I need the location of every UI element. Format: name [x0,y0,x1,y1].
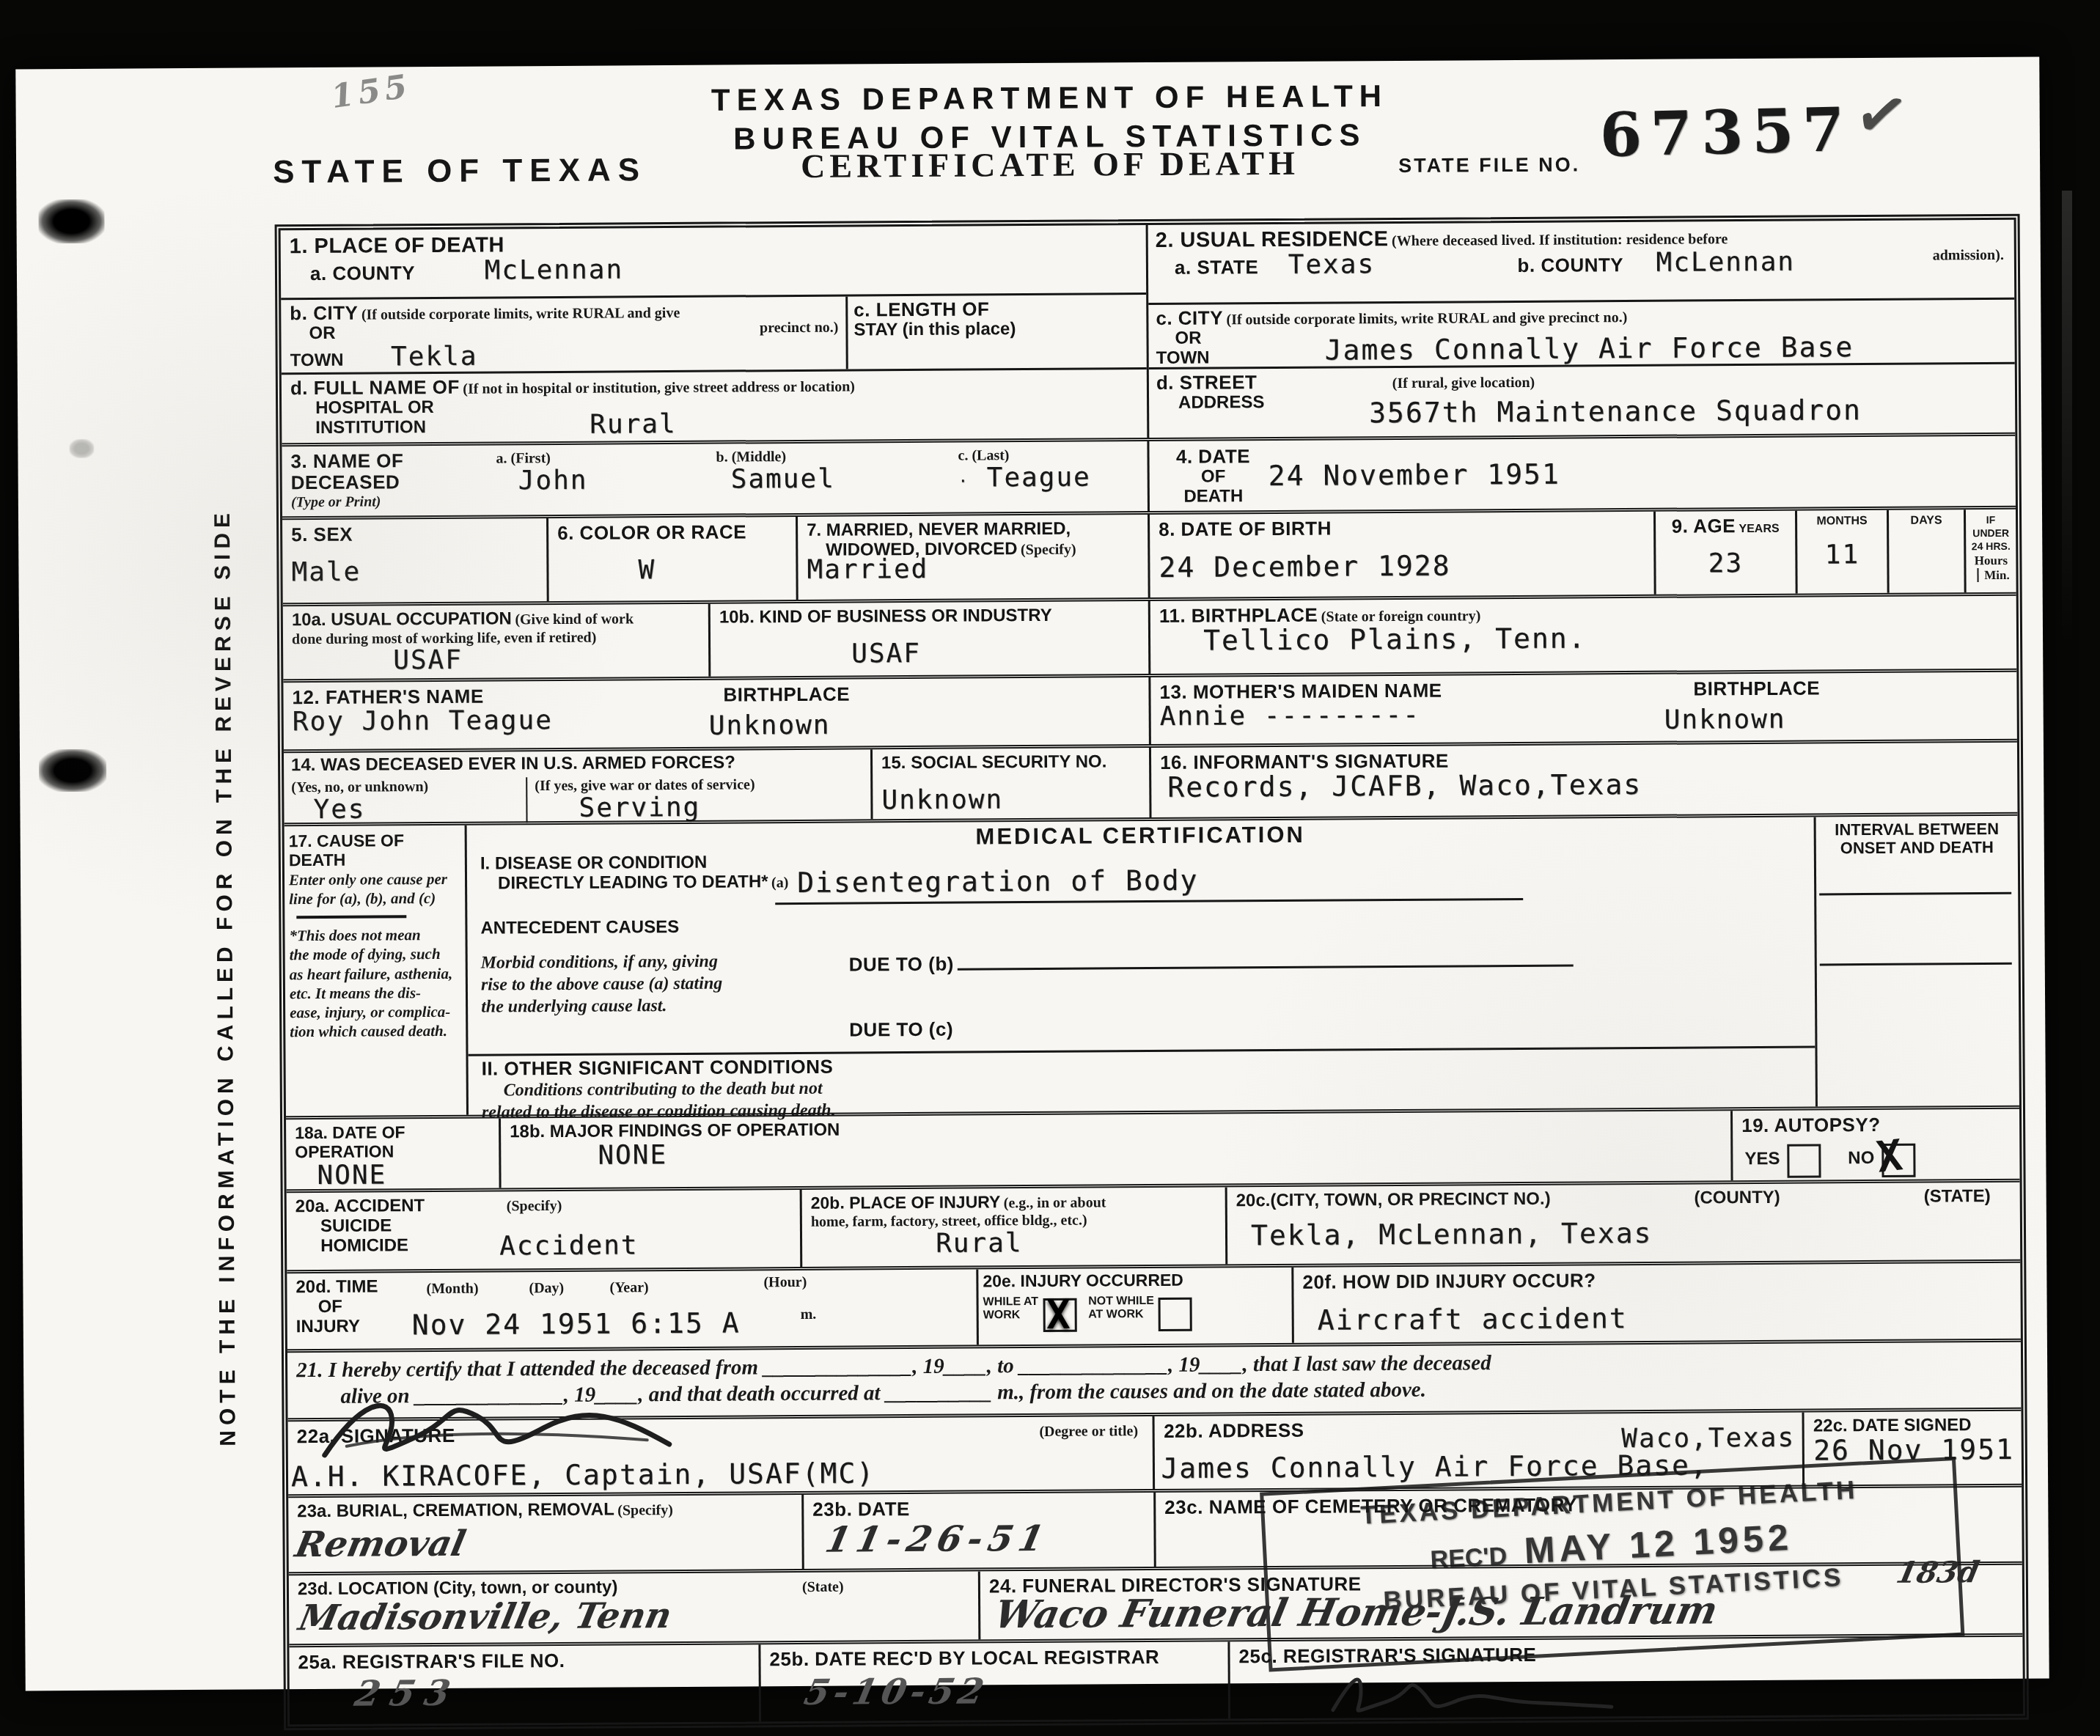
section-22a-signature: 22a. SIGNATURE (Degree or title) A.H. KI… [288,1416,1153,1494]
s20a-label3: HOMICIDE [320,1235,408,1256]
s1-title: 1. PLACE OF DEATH [290,233,504,258]
row-accident: 20a. ACCIDENT (Specify) SUICIDE HOMICIDE… [287,1179,2021,1270]
s23d-state-label: (State) [802,1578,844,1596]
s9-min-label: Min. [1977,568,2010,582]
s2c-city-value: James Connally Air Force Base [1325,333,1854,365]
s2d-label2: ADDRESS [1178,392,1265,413]
s12-father-value: Roy John Teague [293,705,553,737]
s25a-value: 253 [352,1676,463,1712]
other-significant-label: II. OTHER SIGNIFICANT CONDITIONS [482,1056,834,1080]
s20c-county-label: (COUNTY) [1694,1188,1780,1209]
certificate-paper: 155 TEXAS DEPARTMENT OF HEALTH BUREAU OF… [15,57,2049,1691]
s20e-while-label: WHILE ATWORK [983,1295,1039,1322]
s3-title2: DECEASED [291,471,400,493]
s1d-label3: INSTITUTION [315,417,426,438]
state-of-texas-heading: STATE OF TEXAS [273,152,647,191]
s1b-label: b. CITY [290,302,358,325]
s4-label3: DEATH [1183,486,1243,506]
s16-informant-value: Records, JCAFB, Waco,Texas [1167,768,1642,803]
s6-label: 6. COLOR OR RACE [557,521,746,544]
section-20e-injury-occurred: 20e. INJURY OCCURRED WHILE ATWORK X NOT … [976,1268,1292,1345]
s25b-label: 25b. DATE REC'D BY LOCAL REGISTRAR [769,1646,1159,1670]
autopsy-no-checkbox: X [1882,1144,1916,1177]
s20d-label1: 20d. TIME [295,1276,378,1297]
smudge [69,439,94,458]
row-certification-statement: 21. I hereby certify that I attended the… [287,1339,2022,1418]
row-registrar: 25a. REGISTRAR'S FILE NO. 253 25b. DATE … [289,1633,2023,1724]
s14-forces-value: Yes [313,794,365,824]
s3-title3: (Type or Print) [291,494,381,511]
s20f-value: Aircraft accident [1318,1302,1628,1336]
ink-blot [39,749,106,792]
s17-footnote: *This does not meanthe mode of dying, su… [289,926,452,1040]
s3a-first-value: John [518,466,588,496]
s12-father-birthplace-value: Unknown [709,712,831,740]
section-20d-time-of-injury: 20d. TIME (Month) (Day) (Year) (Hour) OF… [287,1269,977,1349]
s9-months-label: MONTHS [1816,515,1867,527]
s22b-label: 22b. ADDRESS [1164,1419,1304,1442]
s7-label: 7. MARRIED, NEVER MARRIED, [807,519,1071,540]
s23a-paren: (Specify) [617,1502,673,1518]
s24-note: 183d [1893,1558,1981,1588]
scan-edge-streak [2062,191,2072,645]
s20b-label: 20b. PLACE OF INJURY [811,1192,1001,1213]
s2c-label: c. CITY [1156,306,1223,329]
s23b-label: 23b. DATE [812,1498,910,1520]
s2c-or: OR [1175,328,1201,348]
s3c-label: c. (Last) [958,447,1009,463]
section-24-funeral-director: 24. FUNERAL DIRECTOR'S SIGNATURE 183d Wa… [978,1565,2023,1640]
interval-line-2 [1820,963,2012,966]
s20d-day: (Day) [529,1279,564,1297]
medical-certification-title: MEDICAL CERTIFICATION [467,818,1814,853]
s1a-label: a. COUNTY [310,262,415,285]
row-time-of-injury: 20d. TIME (Month) (Day) (Year) (Hour) OF… [287,1259,2021,1349]
s22a-value: A.H. KIRACOFE, Captain, USAF(MC) [291,1459,875,1492]
section-22b-address: 22b. ADDRESS Waco,Texas James Connally A… [1153,1413,1802,1489]
row-place-residence: 1. PLACE OF DEATH a. COUNTY McLennan b. … [281,220,2016,443]
s15-label: 15. SOCIAL SECURITY NO. [881,751,1106,773]
s3b-label: b. (Middle) [716,449,786,466]
s19-label: 19. AUTOPSY? [1741,1114,1881,1136]
s13-birthplace-label: BIRTHPLACE [1693,677,1820,699]
s23c-label: 23c. NAME OF CEMETERY OR CREMATORY [1164,1493,1577,1518]
s20e-label: 20e. INJURY OCCURRED [983,1270,1183,1291]
s14-service-value: Serving [579,792,700,823]
s22a-degree-label: (Degree or title) [1039,1422,1138,1441]
s23a-label: 23a. BURIAL, CREMATION, REMOVAL [297,1499,614,1521]
s1d-paren: (If not in hospital or institution, give… [463,378,855,397]
s4-label2: OF [1201,467,1225,487]
s4-date-of-death-value: 24 November 1951 [1269,460,1560,490]
s8-dob-value: 24 December 1928 [1159,550,1450,584]
s1b-paren: (If outside corporate limits, write RURA… [361,305,680,323]
s22b-value: James Connally Air Force Base, [1161,1451,1708,1483]
s1d-institution-value: Rural [590,411,677,439]
s9-years-value: 23 [1708,548,1744,578]
med-p1-label2: DIRECTLY LEADING TO DEATH* [498,872,768,893]
section-18b-major-findings: 18b. MAJOR FINDINGS OF OPERATION NONE [499,1111,1731,1188]
s22c-value: 26 Nov 1951 [1813,1433,2014,1467]
section-20b-place-of-injury: 20b. PLACE OF INJURY (e.g., in or about … [800,1187,1226,1267]
medical-certification-body: MEDICAL CERTIFICATION I. DISEASE OR COND… [465,817,1816,1114]
section-15-ssn: 15. SOCIAL SECURITY NO. Unknown [870,748,1150,819]
s2d-paren: (If rural, give location) [1392,375,1535,391]
s20a-value: Accident [499,1232,639,1260]
s20d-label2: OF [318,1297,342,1317]
s1b-town: TOWN [290,350,344,370]
s20c-state-label: (STATE) [1924,1187,1991,1207]
s18a-label: 18a. DATE OF OPERATION [295,1122,405,1161]
section-23a-burial: 23a. BURIAL, CREMATION, REMOVAL (Specify… [288,1495,802,1572]
row-location-director: 23d. LOCATION (City, town, or county) (S… [289,1562,2023,1644]
s2b-label: b. COUNTY [1517,254,1623,277]
s17-note2: line for (a), (b), and (c) [289,889,436,908]
row-physician: 22a. SIGNATURE (Degree or title) A.H. KI… [288,1408,2022,1494]
s20d-value: Nov 24 1951 6:15 A [412,1309,741,1340]
s4-label1: 4. DATE [1176,445,1250,468]
section-25a-file-no: 25a. REGISTRAR'S FILE NO. 253 [289,1644,759,1724]
s7-marital-value: Married [807,556,928,584]
s2a-label: a. STATE [1175,257,1258,279]
row-parents: 12. FATHER'S NAME BIRTHPLACE Roy John Te… [283,669,2017,749]
s3c-last-value: Teague [987,463,1091,493]
section-23b-date: 23b. DATE 11-26-51 [801,1493,1154,1569]
s20d-m-label: m. [801,1306,817,1323]
s3-title: 3. NAME OF [290,449,403,472]
section-17-cause-of-death: 17. CAUSE OF DEATH Enter only one cause … [284,825,466,1116]
interval-column: INTERVAL BETWEENONSET AND DEATH [1814,816,2019,1107]
s20d-hour: (Hour) [763,1273,807,1291]
s9-years-label: YEARS [1739,523,1779,535]
section-7-marital-status: 7. MARRIED, NEVER MARRIED, WIDOWED, DIVO… [796,515,1148,600]
ink-blot [38,199,104,244]
s18b-label: 18b. MAJOR FINDINGS OF OPERATION [510,1120,840,1142]
s2d-street-value: 3567th Maintenance Squadron [1369,396,1862,428]
autopsy-yes-checkbox [1788,1144,1821,1177]
s2-title: 2. USUAL RESIDENCE [1156,227,1389,252]
interval-line-1 [1819,892,2011,896]
state-file-number-value: 67357 [1599,95,1854,171]
state-file-number: 67357✓ [1599,90,1907,172]
s20c-label: 20c.(CITY, TOWN, OR PRECINCT NO.) [1236,1190,1551,1211]
s19-no-label: NO [1848,1148,1874,1168]
s17-note1: Enter only one cause per [289,869,447,888]
section-6-color-race: 6. COLOR OR RACE W [546,517,796,601]
s3b-middle-value: Samuel [731,464,835,495]
section-14-armed-forces: 14. WAS DECEASED EVER IN U.S. ARMED FORC… [284,749,871,823]
s20a-paren: (Specify) [507,1197,562,1215]
row-burial: 23a. BURIAL, CREMATION, REMOVAL (Specify… [288,1484,2022,1572]
s1b-city-value: Tekla [391,342,478,372]
s25b-value: 5-10-52 [801,1674,991,1710]
s1b-or: OR [309,323,335,343]
s10b-industry-value: USAF [851,639,921,669]
s23b-value: 11-26-51 [823,1521,1053,1558]
med-p1-a: (a) [771,875,788,891]
med-p1-label: I. DISEASE OR CONDITION [480,853,708,874]
s2c-paren: (If outside corporate limits, write RURA… [1226,309,1627,328]
s6-race-value: W [638,555,656,585]
s3a-label: a. (First) [496,450,551,466]
s17-label: 17. CAUSE OF DEATH [289,831,404,869]
section-16-informant: 16. INFORMANT'S SIGNATURE Records, JCAFB… [1149,743,2018,817]
s20c-value: Tekla, McLennan, Texas [1251,1219,1653,1251]
certificate-title: CERTIFICATE OF DEATH [713,143,1387,186]
s2-title-paren: (Where deceased lived. If institution: r… [1392,231,1728,249]
s13-mother-value: Annie --------- [1160,700,1420,732]
section-4-date-of-death: 4. DATE OF DEATH 24 November 1951 [1147,436,2016,511]
s1b-paren2: precinct no.) [760,319,839,337]
s20f-label: 20f. HOW DID INJURY OCCUR? [1302,1269,1596,1292]
s2c-town: TOWN [1156,347,1210,367]
s20a-label1: 20a. ACCIDENT [295,1196,425,1216]
s8-label: 8. DATE OF BIRTH [1159,517,1332,540]
section-25c-registrar-signature: 25c. REGISTRAR'S SIGNATURE H Cheek [1227,1637,2023,1719]
row-name-date: 3. NAME OF DECEASED (Type or Print) a. (… [282,433,2016,516]
s10b-label: 10b. KIND OF BUSINESS OR INDUSTRY [719,606,1052,628]
s14-paren1: (Yes, no, or unknown) [291,779,428,795]
section-1-place-of-death: 1. PLACE OF DEATH a. COUNTY McLennan b. … [281,225,1148,443]
penciled-number: 155 [328,67,414,116]
section-11-birthplace: 11. BIRTHPLACE (State or foreign country… [1148,596,2017,674]
row-forces-ssn-informant: 14. WAS DECEASED EVER IN U.S. ARMED FORC… [284,739,2018,823]
state-file-checkmark: ✓ [1849,73,1914,156]
section-23d-location: 23d. LOCATION (City, town, or county) (S… [289,1571,979,1644]
section-19-autopsy: 19. AUTOPSY? YES NO X [1730,1109,2020,1180]
section-13-mother: 13. MOTHER'S MAIDEN NAME BIRTHPLACE Anni… [1148,672,2017,744]
cause-of-death-value: Disentegration of Body [797,867,1199,898]
s25a-label: 25a. REGISTRAR'S FILE NO. [298,1649,565,1673]
s20b-paren2: home, farm, factory, street, office bldg… [811,1213,1087,1230]
s24-value: Waco Funeral Home-J.S. Landrum [991,1592,1721,1634]
due-to-b-blank [957,944,1573,970]
s14-label: 14. WAS DECEASED EVER IN U.S. ARMED FORC… [291,752,735,775]
s1d-label: d. FULL NAME OF [290,376,460,399]
s9-days-label: DAYS [1911,514,1942,526]
section-3-name-of-deceased: 3. NAME OF DECEASED (Type or Print) a. (… [282,441,1148,516]
section-20a-accident: 20a. ACCIDENT (Specify) SUICIDE HOMICIDE… [287,1190,801,1270]
interval-label: INTERVAL BETWEENONSET AND DEATH [1835,820,1999,857]
while-at-work-mark: X [1046,1291,1071,1337]
s14-paren2: (If yes, give war or dates of service) [535,776,755,794]
s9-months-value: 11 [1825,540,1860,570]
antecedent-note: Morbid conditions, if any, givingrise to… [481,952,723,1016]
s23a-value: Removal [293,1526,469,1562]
section-9-age: 9. AGE YEARS 23 MONTHS 11 DAYS IF UNDER … [1653,510,2016,595]
s5-sex-value: Male [291,557,361,588]
s20a-label2: SUICIDE [320,1215,392,1236]
row-sex-race-birth: 5. SEX Male 6. COLOR OR RACE W 7. MARRIE… [282,506,2016,603]
s20b-value: Rural [936,1228,1023,1259]
section-12-father: 12. FATHER'S NAME BIRTHPLACE Roy John Te… [283,677,1149,749]
scanned-death-certificate: 155 TEXAS DEPARTMENT OF HEALTH BUREAU OF… [0,0,2100,1736]
section-20f-how-injury: 20f. HOW DID INJURY OCCUR? Aircraft acci… [1291,1263,2021,1343]
section-18a-date-of-operation: 18a. DATE OF OPERATION NONE [286,1118,499,1189]
s18a-value: NONE [317,1160,386,1191]
row-operation-autopsy: 18a. DATE OF OPERATION NONE 18b. MAJOR F… [286,1106,2020,1189]
s10a-paren: (Give kind of work [515,611,634,628]
reverse-side-note: NOTE THE INFORMATION CALLED FOR ON THE R… [210,382,241,1446]
s12-label: 12. FATHER'S NAME [292,685,483,709]
section-2-usual-residence: 2. USUAL RESIDENCE (Where deceased lived… [1146,220,2016,438]
certificate-form: 1. PLACE OF DEATH a. COUNTY McLennan b. … [275,214,2030,1731]
s1a-county-value: McLennan [484,255,623,286]
s1c-label: c. LENGTH OF [853,298,989,320]
s2a-state-value: Texas [1288,250,1376,281]
section-23c-cemetery: 23c. NAME OF CEMETERY OR CREMATORY [1153,1487,2022,1567]
s10a-label: 10a. USUAL OCCUPATION [292,608,512,630]
s23d-value: Madisonville, Tenn [295,1598,675,1636]
s22a-label: 22a. SIGNATURE [297,1424,455,1447]
row-medical-certification: 17. CAUSE OF DEATH Enter only one cause … [284,812,2019,1116]
s9-label: 9. AGE [1672,515,1736,537]
s20e-notwhile-label: NOT WHILEAT WORK [1088,1295,1154,1321]
section-10b-industry: 10b. KIND OF BUSINESS OR INDUSTRY USAF [708,601,1149,677]
s2b-county-value: McLennan [1656,247,1795,278]
section-20c-injury-location: 20c.(CITY, TOWN, OR PRECINCT NO.) (COUNT… [1225,1183,2021,1265]
stray-dot: · [958,473,969,491]
while-at-work-checkbox: X [1043,1298,1076,1331]
due-to-b-label: DUE TO (b) [849,953,954,976]
due-to-c-label: DUE TO (c) [849,1018,953,1041]
department-name: TEXAS DEPARTMENT OF HEALTH [639,76,1460,119]
s2d-label: d. STREET [1156,371,1258,394]
s1c-label2: STAY (in this place) [853,319,1016,339]
s2-title-paren2: admission). [1933,246,2004,265]
s20b-paren: (e.g., in or about [1004,1194,1106,1211]
s13-mother-birthplace-value: Unknown [1664,706,1786,735]
section-21-certify: 21. I hereby certify that I attended the… [287,1342,2021,1418]
s25c-label: 25c. REGISTRAR'S SIGNATURE [1238,1644,1536,1667]
s9-under24-label: IF UNDER 24 HRS. [1972,514,2011,552]
s22c-label: 22c. DATE SIGNED [1813,1415,1972,1435]
section-8-date-of-birth: 8. DATE OF BIRTH 24 December 1928 [1148,512,1654,597]
s18b-value: NONE [598,1140,667,1171]
s19-yes-label: YES [1744,1149,1780,1169]
s5-label: 5. SEX [291,523,353,546]
section-5-sex: 5. SEX Male [282,518,547,603]
section-22c-date-signed: 22c. DATE SIGNED 26 Nov 1951 [1802,1411,2022,1485]
state-file-no-label: STATE FILE NO. [1398,153,1580,177]
s20d-year: (Year) [609,1279,648,1296]
s9-hours-label: Hours [1975,553,2008,567]
row-occupation-birthplace: 10a. USUAL OCCUPATION (Give kind of work… [283,592,2017,679]
s12-birthplace-label: BIRTHPLACE [723,684,850,706]
s10a-occupation-value: USAF [393,647,463,674]
s20d-month: (Month) [426,1280,478,1298]
not-while-at-work-checkbox [1159,1297,1192,1331]
s15-ssn-value: Unknown [881,784,1003,815]
s1d-label2: HOSPITAL OR [315,397,434,418]
autopsy-no-mark: X [1874,1130,1905,1182]
section-10a-occupation: 10a. USUAL OCCUPATION (Give kind of work… [283,604,709,680]
s11-birthplace-value: Tellico Plains, Tenn. [1203,622,1587,656]
s7-paren: (Specify) [1021,542,1076,558]
s20d-label3: INJURY [296,1316,360,1336]
antecedent-causes-label: ANTECEDENT CAUSES [480,917,679,938]
section-25b-date-recd: 25b. DATE REC'D BY LOCAL REGISTRAR 5-10-… [758,1641,1228,1721]
